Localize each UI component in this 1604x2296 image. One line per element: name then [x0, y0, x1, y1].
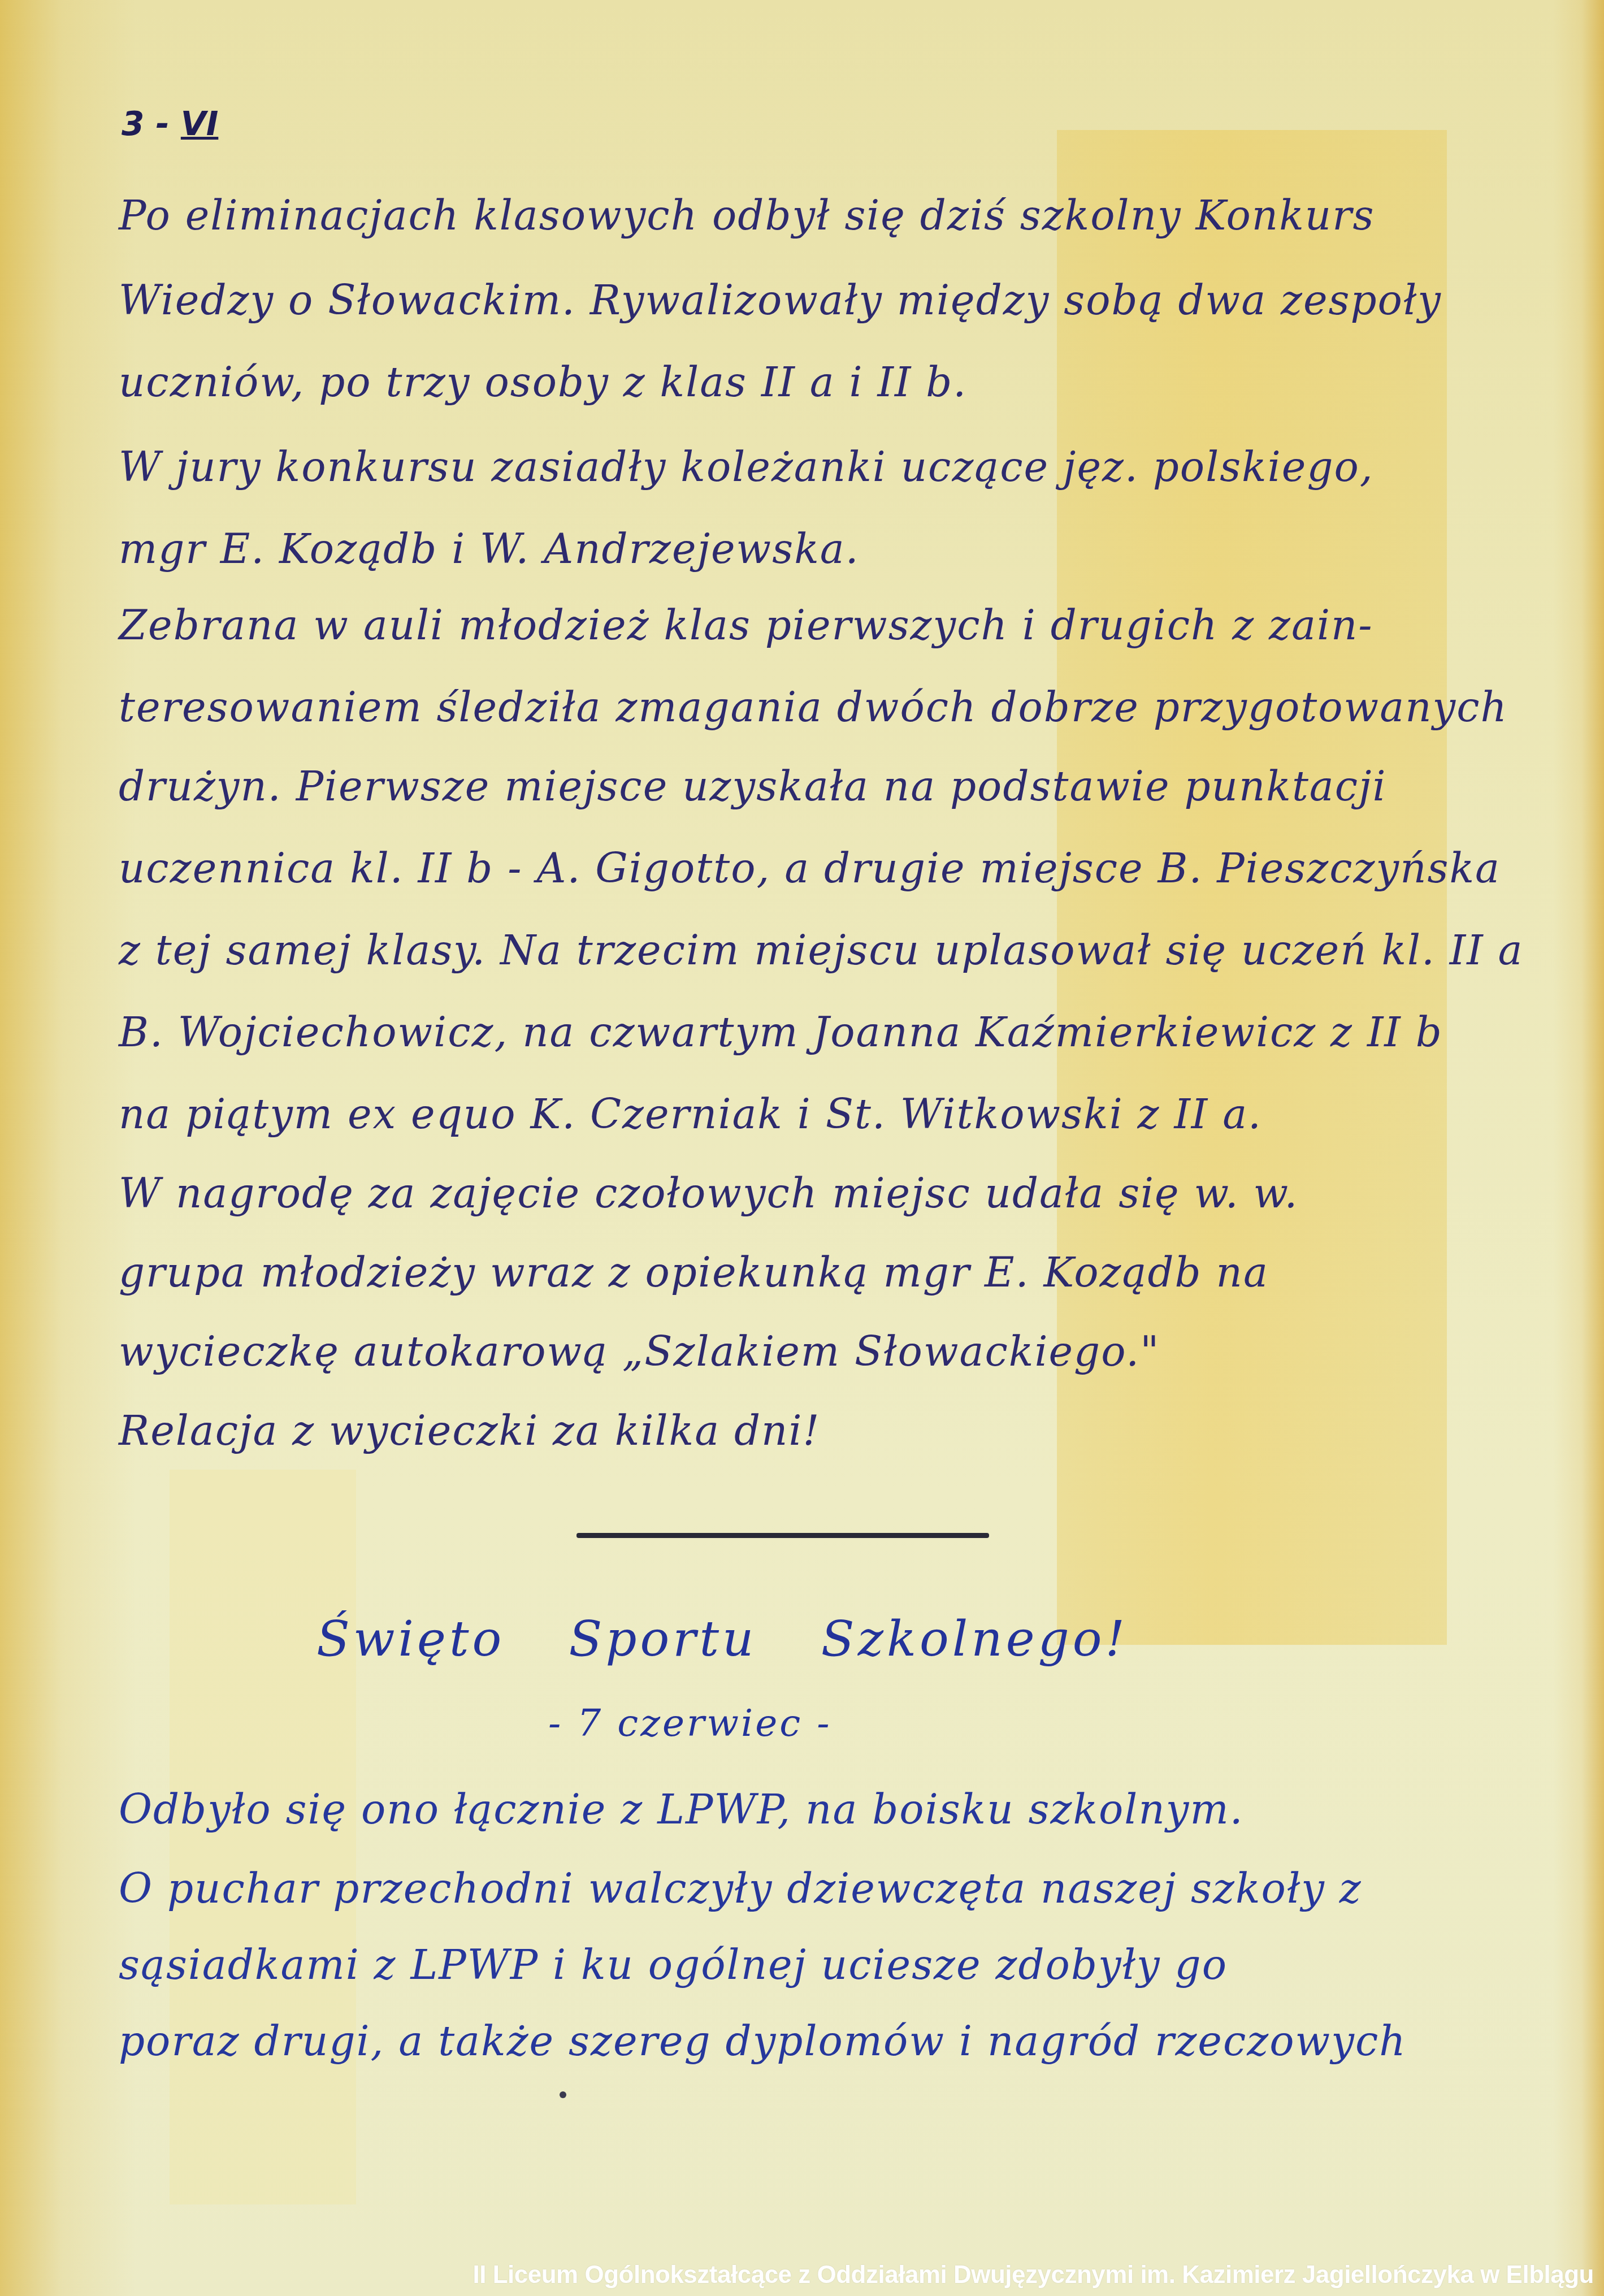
watermark-caption: II Liceum Ogólnokształcące z Oddziałami … [473, 2261, 1594, 2289]
text-line: grupa młodzieży wraz z opiekunką mgr E. … [119, 1252, 1269, 1293]
text-line: Relacja z wycieczki za kilka dni! [119, 1410, 820, 1451]
date-month: VI [181, 105, 218, 143]
text-line: O puchar przechodni walczyły dziewczęta … [119, 1868, 1362, 1909]
date-separator: - [156, 105, 170, 143]
section-divider [576, 1533, 989, 1538]
text-line: sąsiadkami z LPWP i ku ogólnej uciesze z… [119, 1944, 1228, 1985]
text-line: B. Wojciechowicz, na czwartym Joanna Kaź… [119, 1012, 1443, 1052]
text-line: poraz drugi, a także szereg dyplomów i n… [119, 2021, 1407, 2061]
entry-subtitle-date: - 7 czerwiec - [548, 1701, 832, 1745]
text-line: W jury konkursu zasiadły koleżanki ucząc… [119, 447, 1374, 487]
text-line: drużyn. Pierwsze miejsce uzyskała na pod… [119, 766, 1386, 807]
entry-date: 3 - VI [122, 105, 218, 143]
text-line: na piątym ex equo K. Czerniak i St. Witk… [119, 1094, 1262, 1134]
text-line: Odbyło się ono łącznie z LPWP, na boisku… [119, 1789, 1244, 1830]
entry-title: Święto Sportu Szkolnego! [317, 1611, 1128, 1667]
text-line: teresowaniem śledziła zmagania dwóch dob… [119, 687, 1508, 727]
paper-light-band [170, 1470, 356, 2204]
ink-dot [560, 2091, 566, 2098]
text-line: uczniów, po trzy osoby z klas II a i II … [119, 362, 967, 402]
text-line: z tej samej klasy. Na trzecim miejscu up… [119, 930, 1524, 971]
text-line: Wiedzy o Słowackim. Rywalizowały między … [119, 280, 1442, 320]
date-day: 3 [122, 105, 144, 143]
text-line: mgr E. Koządb i W. Andrzejewska. [119, 528, 860, 569]
text-line: uczennica kl. II b - A. Gigotto, a drugi… [119, 848, 1501, 889]
text-line: Zebrana w auli młodzież klas pierwszych … [119, 605, 1373, 646]
text-line: Po eliminacjach klasowych odbył się dziś… [119, 195, 1375, 236]
text-line: W nagrodę za zajęcie czołowych miejsc ud… [119, 1173, 1298, 1214]
text-line: wycieczkę autokarową „Szlakiem Słowackie… [119, 1331, 1160, 1372]
